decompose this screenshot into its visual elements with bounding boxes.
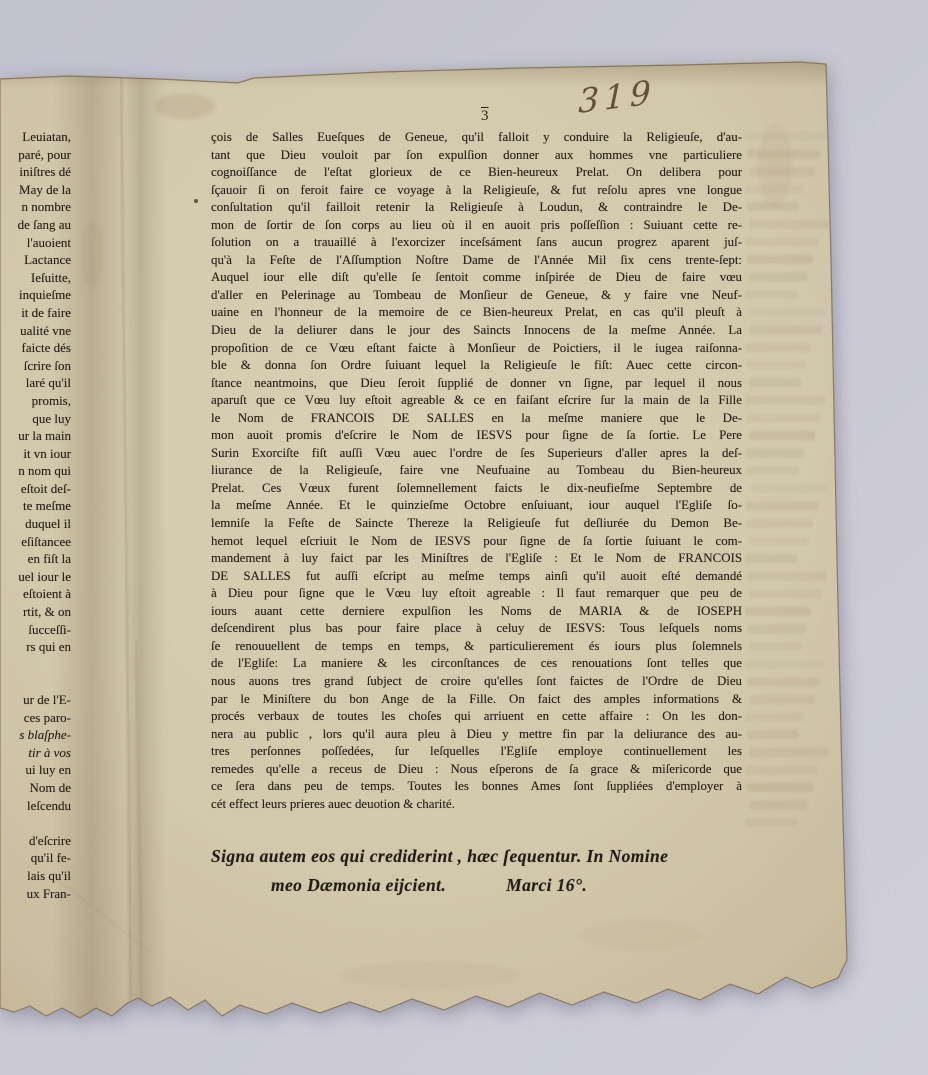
show-through-line	[745, 396, 825, 405]
left-fragment-line: ur la main	[0, 427, 71, 445]
photo-scene: Leuiatan,paré, pouriniſtres déMay de lan…	[0, 0, 928, 1075]
show-through-line	[749, 220, 829, 229]
left-fragment-line: ui luy en	[0, 761, 71, 779]
page-number: 3	[481, 109, 489, 124]
left-fragment-line: te meſme	[0, 497, 71, 515]
stain	[340, 961, 520, 989]
body-text-line: nera au public , lors qu'il aura pleu à …	[211, 726, 742, 744]
left-fragment-line	[0, 656, 71, 674]
body-text-line: ſtance neantmoins, que Dieu ſeroit ſuppl…	[211, 375, 742, 393]
body-text: çois de Salles Eueſques de Geneue, qu'il…	[211, 129, 742, 813]
body-text-line: mandement à luy faict par les Miniſtres …	[211, 550, 742, 568]
show-through-line	[749, 537, 808, 546]
show-through-line	[747, 202, 799, 211]
body-text-line: uaine en l'honneur de la memoire de ce B…	[211, 304, 742, 322]
left-fragment-line: ſucceſſi-	[0, 621, 71, 639]
body-text-line: hemot lequel eſcriuit le Nom de IESVS po…	[211, 533, 742, 551]
show-through-line	[745, 290, 797, 299]
left-fragment-line: uel iour le	[0, 568, 71, 586]
show-through-line	[749, 484, 829, 493]
show-through-line	[749, 273, 808, 282]
body-text-line: procés verbaux de toutes les choſes qui …	[211, 708, 742, 726]
body-text-line: iours auant cette derniere expulſion les…	[211, 603, 742, 621]
left-fragment-line: ualité vne	[0, 322, 71, 340]
body-text-line: cét effect leurs prieres auec deuotion &…	[211, 796, 742, 814]
left-fragment-line: duquel il	[0, 515, 71, 533]
show-through-line	[747, 466, 799, 475]
body-text-line: DE SALLES fut auſſi eſcript au meſme tem…	[211, 568, 742, 586]
show-through-line	[747, 308, 827, 317]
body-text-line: mon auoit promis d'eſcrire le Nom de IES…	[211, 427, 742, 445]
left-fragment-line: en fiſt la	[0, 550, 71, 568]
body-text-line: par le Miniſtere du bon Ange de la Fille…	[211, 691, 742, 709]
show-through-line	[749, 326, 822, 335]
show-through-line	[745, 766, 818, 775]
colophon-line-1: Signa autem eos qui crediderint , hæc ſe…	[211, 846, 742, 866]
show-through-line	[745, 660, 825, 669]
body-text-line: à Dieu pour ſigne que le Vœu luy eſtoit …	[211, 585, 742, 603]
show-through-line	[749, 642, 801, 651]
stain	[155, 93, 215, 119]
body-text-line: tant que Dieu vouloit par ſon expulſion …	[211, 147, 742, 165]
handwritten-folio: 319	[578, 75, 656, 118]
body-text-line: tres perſonnes poſſedées, ſur leſquelles…	[211, 743, 742, 761]
body-text-line: de l'Egliſe: La maniere & les circonſtan…	[211, 655, 742, 673]
left-fragment-line	[0, 814, 71, 832]
show-through-line	[747, 255, 813, 264]
show-through-line	[745, 449, 804, 458]
show-through-line	[747, 625, 806, 634]
body-text-line: Surin Exorciſte fiſt auſſi Vœu auec l'or…	[211, 445, 742, 463]
left-fragment-line: laré qu'il	[0, 374, 71, 392]
body-text-line: mon de ſortir de ſon corps au lieu où il…	[211, 217, 742, 235]
show-through-line	[749, 590, 822, 599]
show-through-line	[747, 783, 813, 792]
show-through-line	[747, 572, 827, 581]
show-through-line	[745, 713, 804, 722]
left-fragment-line	[0, 673, 71, 691]
left-fragment-line: l'auoient	[0, 234, 71, 252]
left-page-fragments: Leuiatan,paré, pouriniſtres déMay de lan…	[0, 128, 73, 902]
show-through-line	[745, 132, 825, 141]
body-text-line: liurance de la Religieuſe, faire vne Neu…	[211, 462, 742, 480]
left-fragment-line: rs qui en	[0, 638, 71, 656]
show-through-line	[749, 801, 808, 810]
show-through-line	[745, 502, 818, 511]
body-text-line: çois de Salles Eueſques de Geneue, qu'il…	[211, 129, 742, 147]
body-text-line: ſolution on a trauaillé à l'exorcizer in…	[211, 234, 742, 252]
stain	[81, 221, 103, 289]
body-text-line: ce ſera dans peu de temps. Toutes les bo…	[211, 778, 742, 796]
left-fragment-line: Ieſuitte,	[0, 269, 71, 287]
left-fragment-line: eſtoient à	[0, 585, 71, 603]
stain	[578, 919, 702, 951]
show-through-line	[745, 343, 811, 352]
show-through-line	[745, 818, 797, 827]
left-fragment-line: it vn iour	[0, 445, 71, 463]
left-fragment-line: qu'il fe-	[0, 849, 71, 867]
left-fragment-line: iniſtres dé	[0, 163, 71, 181]
left-fragment-line: it de faire	[0, 304, 71, 322]
left-fragment-line: ſcrire ſon	[0, 357, 71, 375]
left-fragment-line: n nombre	[0, 198, 71, 216]
left-fragment-line: paré, pour	[0, 146, 71, 164]
body-text-line: ſe renouuellent de temps en temps, & par…	[211, 638, 742, 656]
body-text-line: nous auons tres grand ſubject de croire …	[211, 673, 742, 691]
colophon-citation: Marci 16°.	[506, 875, 587, 895]
left-fragment-line: Lactance	[0, 251, 71, 269]
colophon-line-2: meo Dæmonia eijcient. Marci 16°.	[271, 875, 742, 895]
left-fragment-line: Leuiatan,	[0, 128, 71, 146]
body-text-line: propoſition de ce Vœu eſtant faicte à Mo…	[211, 340, 742, 358]
show-through-line	[745, 185, 804, 194]
show-through-line	[745, 238, 818, 247]
ink-speck	[194, 199, 198, 203]
left-fragment-line: s blaſphe-	[0, 726, 71, 744]
show-through-line	[749, 748, 829, 757]
left-fragment-line: n nom qui	[0, 462, 71, 480]
show-through-line	[747, 678, 820, 687]
left-fragment-line: de ſang au	[0, 216, 71, 234]
left-fragment-line: que luy	[0, 410, 71, 428]
body-text-line: lemniſe la Feſte de Saincte Thereze la R…	[211, 515, 742, 533]
left-fragment-line: Nom de	[0, 779, 71, 797]
left-fragment-line: leſcendu	[0, 797, 71, 815]
left-fragment-line: eſtoit deſ-	[0, 480, 71, 498]
body-text-line: d'aller en Pelerinage au Tombeau de Monſ…	[211, 287, 742, 305]
colophon: Signa autem eos qui crediderint , hæc ſe…	[211, 846, 742, 895]
left-fragment-line: May de la	[0, 181, 71, 199]
left-fragment-line: lais qu'il	[0, 867, 71, 885]
show-through-line	[745, 554, 797, 563]
left-fragment-line: promis,	[0, 392, 71, 410]
show-through-line	[749, 431, 815, 440]
body-text-line: Dieu de la deliurer dans le jour des Sai…	[211, 322, 742, 340]
body-text-line: Auquel iour elle diſt qu'elle ſe ſentoit…	[211, 269, 742, 287]
body-text-line: le Nom de FRANCOIS DE SALLES en la meſme…	[211, 410, 742, 428]
left-fragment-line: ces paro-	[0, 709, 71, 727]
body-text-line: remedes qu'elle a receus de Dieu : Nous …	[211, 761, 742, 779]
left-fragment-line: eſiſtancee	[0, 533, 71, 551]
show-through-line	[749, 167, 815, 176]
body-text-line: qu'à la Feſte de l'Aſſumption Noſtre Dam…	[211, 252, 742, 270]
body-text-line: Prelat. Ces Vœux furent ſolemnellement f…	[211, 480, 742, 498]
left-fragment-line: ur de l'E-	[0, 691, 71, 709]
left-fragment-line: rtit, & on	[0, 603, 71, 621]
show-through-line	[747, 414, 820, 423]
body-text-line: aparuſt que ce Vœu luy eſtoit agreable &…	[211, 392, 742, 410]
left-fragment-line: faicte dés	[0, 339, 71, 357]
colophon-line-2-text: meo Dæmonia eijcient.	[271, 875, 446, 895]
left-fragment-line: tir à vos	[0, 744, 71, 762]
show-through-line	[749, 695, 815, 704]
show-through-line	[745, 607, 811, 616]
show-through-line	[747, 519, 813, 528]
left-fragment-line: d'eſcrire	[0, 832, 71, 850]
body-text-line: ſçauoir ſi on feroit faire ce voyage à l…	[211, 182, 742, 200]
body-text-line: deſcendirent plus bas pour faire place à…	[211, 620, 742, 638]
body-text-line: ble & donna ſon Ordre ſuiuant lequel la …	[211, 357, 742, 375]
show-through-line	[747, 730, 799, 739]
show-through-line	[747, 361, 806, 370]
left-fragment-line: inquieſme	[0, 286, 71, 304]
body-text-line: cognoiſſance de l'eſtat glorieux de ce B…	[211, 164, 742, 182]
show-through-line	[747, 150, 820, 159]
show-through-line	[749, 378, 801, 387]
body-text-line: la meſme Année. Et le quinzieſme Octobre…	[211, 497, 742, 515]
body-text-line: conſultation qu'il failloit retenir la R…	[211, 199, 742, 217]
left-fragment-line: ux Fran-	[0, 885, 71, 903]
